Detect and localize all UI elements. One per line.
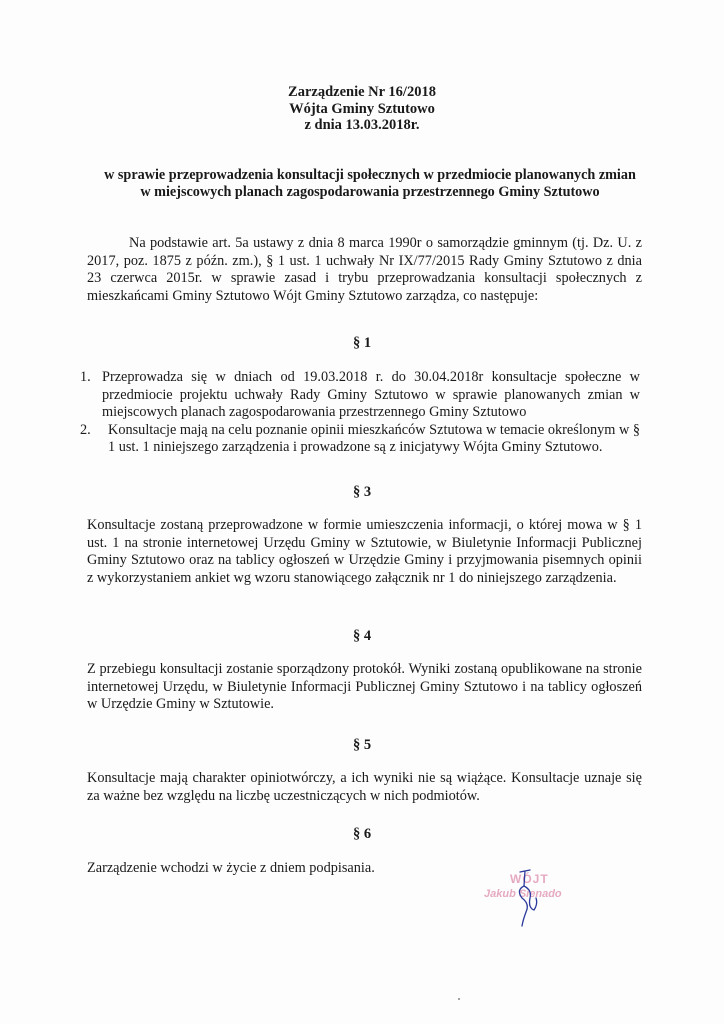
signature-icon	[478, 868, 588, 928]
preamble-paragraph: Na podstawie art. 5a ustawy z dnia 8 mar…	[87, 235, 642, 305]
section-6-heading: § 6	[0, 826, 724, 843]
list-item-text: Konsultacje mają na celu poznanie opinii…	[108, 422, 640, 456]
list-item-text: Przeprowadza się w dniach od 19.03.2018 …	[102, 369, 640, 420]
title-line-date: z dnia 13.03.2018r.	[0, 117, 724, 134]
official-stamp: WÓJT Jakub Sienado	[478, 868, 588, 928]
subject-line: w sprawie przeprowadzenia konsultacji sp…	[80, 167, 660, 184]
document-page: Zarządzenie Nr 16/2018 Wójta Gminy Sztut…	[0, 0, 724, 1024]
section-3-paragraph: Konsultacje zostaną przeprowadzone w for…	[87, 517, 642, 587]
section-5-heading: § 5	[0, 737, 724, 754]
section-1-list: 1. Przeprowadza się w dniach od 19.03.20…	[80, 369, 640, 457]
section-4-paragraph: Z przebiegu konsultacji zostanie sporząd…	[87, 661, 642, 714]
title-line-issuer: Wójta Gminy Sztutowo	[0, 101, 724, 118]
subject-line: w miejscowych planach zagospodarowania p…	[80, 184, 660, 201]
title-line-ordinance-number: Zarządzenie Nr 16/2018	[0, 84, 724, 101]
section-4-heading: § 4	[0, 628, 724, 645]
section-3-heading: § 3	[0, 484, 724, 501]
list-item: 1. Przeprowadza się w dniach od 19.03.20…	[80, 369, 640, 422]
section-5-paragraph: Konsultacje mają charakter opiniotwórczy…	[87, 770, 642, 805]
section-1-heading: § 1	[0, 335, 724, 352]
list-item-number: 2.	[80, 422, 91, 440]
scan-speck	[458, 998, 460, 1000]
document-subject: w sprawie przeprowadzenia konsultacji sp…	[80, 167, 660, 201]
list-item: 2. Konsultacje mają na celu poznanie opi…	[80, 422, 640, 457]
document-title: Zarządzenie Nr 16/2018 Wójta Gminy Sztut…	[0, 84, 724, 134]
list-item-number: 1.	[80, 369, 91, 387]
